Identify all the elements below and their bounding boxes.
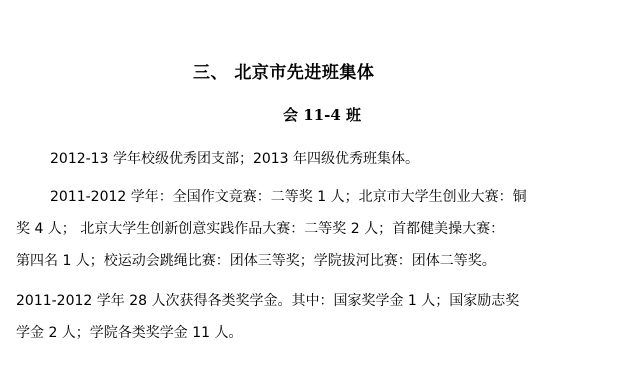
paragraph-line: 2012-13 学年校级优秀团支部；2013 年四级优秀班集体。: [16, 143, 576, 175]
paragraph-line: 2011-2012 学年：全国作文竞赛：二等奖 1 人；北京市大学生创业大赛：铜: [16, 181, 576, 213]
class-subtitle-text: 会 11-4 班: [283, 104, 361, 125]
paragraph-line: 奖 4 人； 北京大学生创新创意实践作品大赛：二等奖 2 人；首都健美操大赛：: [16, 213, 576, 245]
paragraph-honors-2012-13: 2012-13 学年校级优秀团支部；2013 年四级优秀班集体。: [16, 143, 576, 175]
class-subtitle: 会 11-4 班: [0, 104, 640, 125]
document-page: 三、 北京市先进班集体 会 11-4 班 2012-13 学年校级优秀团支部；2…: [0, 0, 640, 370]
paragraph-competitions-2011-2012: 2011-2012 学年：全国作文竞赛：二等奖 1 人；北京市大学生创业大赛：铜…: [16, 181, 576, 277]
section-title: 三、 北京市先进班集体: [193, 58, 374, 83]
paragraph-line: 第四名 1 人；校运动会跳绳比赛：团体三等奖；学院拔河比赛：团体二等奖。: [16, 245, 576, 277]
paragraph-scholarships-2011-2012: 2011-2012 学年 28 人次获得各类奖学金。其中：国家奖学金 1 人；国…: [16, 285, 576, 349]
paragraph-line: 2011-2012 学年 28 人次获得各类奖学金。其中：国家奖学金 1 人；国…: [16, 285, 576, 317]
paragraph-line: 学金 2 人；学院各类奖学金 11 人。: [16, 317, 576, 349]
